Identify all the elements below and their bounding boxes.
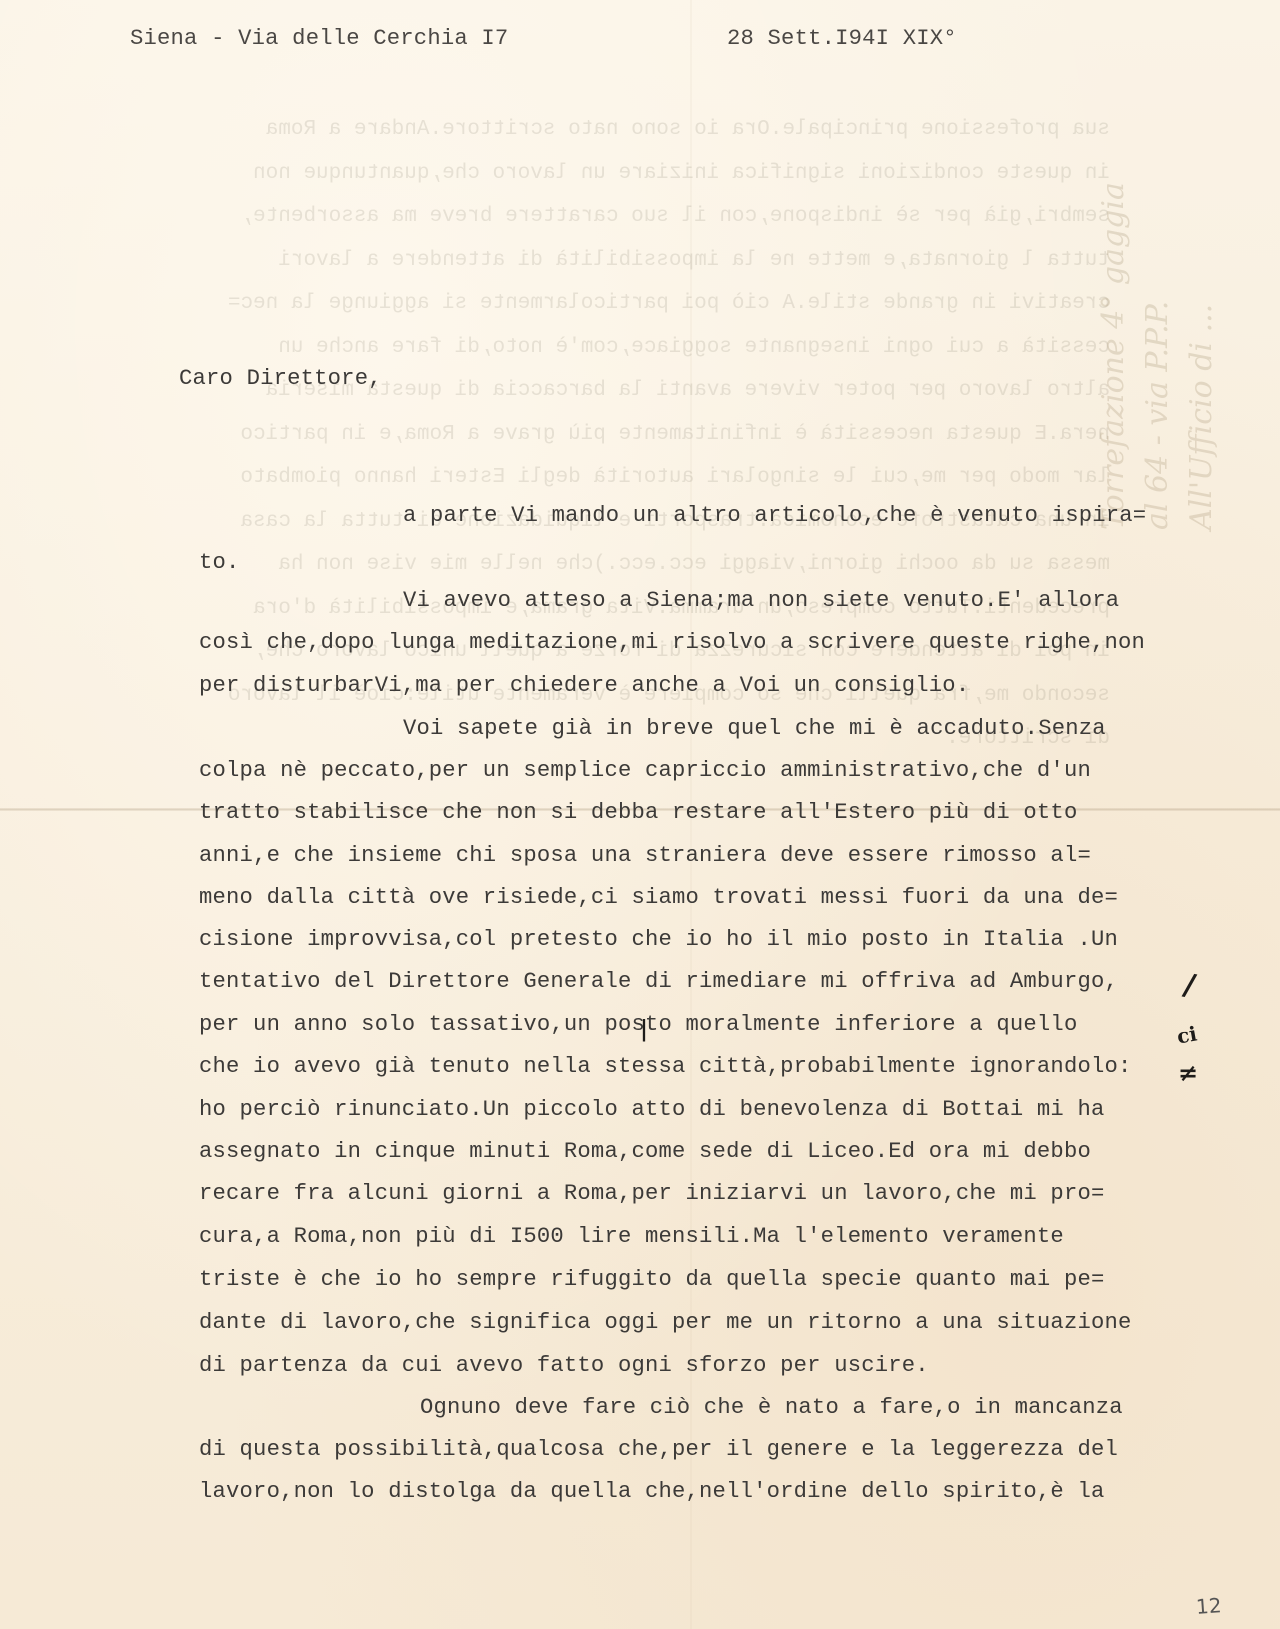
- body-line: recare fra alcuni giorni a Roma,per iniz…: [199, 1181, 1104, 1206]
- showthrough-text: sua professione principale.Ora io sono n…: [30, 108, 1110, 761]
- body-line: Vi avevo atteso a Siena;ma non siete ven…: [403, 588, 1119, 613]
- body-line: cisione improvvisa,col pretesto che io h…: [199, 927, 1118, 952]
- body-line: tratto stabilisce che non si debba resta…: [199, 800, 1077, 825]
- page-number: 12: [1195, 1593, 1222, 1619]
- body-line: di questa possibilità,qualcosa che,per i…: [199, 1437, 1118, 1462]
- body-line: colpa nè peccato,per un semplice capricc…: [199, 758, 1091, 783]
- body-line: tentativo del Direttore Generale di rime…: [199, 969, 1118, 994]
- body-line: di partenza da cui avevo fatto ogni sfor…: [199, 1353, 929, 1378]
- handwritten-comma-mark: /: [1180, 967, 1198, 1004]
- body-line: a parte Vi mando un altro articolo,che è…: [403, 503, 1146, 528]
- showthrough-handwritten-note: Torrefazione 4° gaggia al 64 - via P.P.P…: [1092, 10, 1272, 530]
- body-line: anni,e che insieme chi sposa una stranie…: [199, 843, 1091, 868]
- body-line: Voi sapete già in breve quel che mi è ac…: [403, 716, 1106, 741]
- body-line: per un anno solo tassativo,un posto mora…: [199, 1012, 1077, 1037]
- handwritten-correction: ci: [1175, 1021, 1199, 1048]
- salutation: Caro Direttore,: [179, 366, 382, 391]
- body-line: così che,dopo lunga meditazione,mi risol…: [199, 630, 1145, 655]
- body-line: ho perciò rinunciato.Un piccolo atto di …: [199, 1097, 1104, 1122]
- letter-date: 28 Sett.I94I XIX°: [727, 26, 957, 51]
- body-line: Ognuno deve fare ciò che è nato a fare,o…: [420, 1395, 1123, 1420]
- body-line: per disturbarVi,ma per chiedere anche a …: [199, 673, 969, 698]
- body-line: dante di lavoro,che significa oggi per m…: [199, 1310, 1132, 1335]
- body-line: assegnato in cinque minuti Roma,come sed…: [199, 1139, 1091, 1164]
- body-line: cura,a Roma,non più di I500 lire mensili…: [199, 1224, 1064, 1249]
- body-line: lavoro,non lo distolga da quella che,nel…: [199, 1479, 1104, 1504]
- body-line: che io avevo già tenuto nella stessa cit…: [199, 1054, 1132, 1079]
- body-line: to.: [199, 550, 240, 575]
- handwritten-comma-mark: |: [640, 1016, 648, 1042]
- letter-page: sua professione principale.Ora io sono n…: [0, 0, 1280, 1629]
- strikeout-mark: ≠: [1178, 1058, 1192, 1087]
- body-line: triste è che io ho sempre rifuggito da q…: [199, 1267, 1104, 1292]
- body-line: meno dalla città ove risiede,ci siamo tr…: [199, 885, 1118, 910]
- sender-address: Siena - Via delle Cerchia I7: [130, 26, 508, 51]
